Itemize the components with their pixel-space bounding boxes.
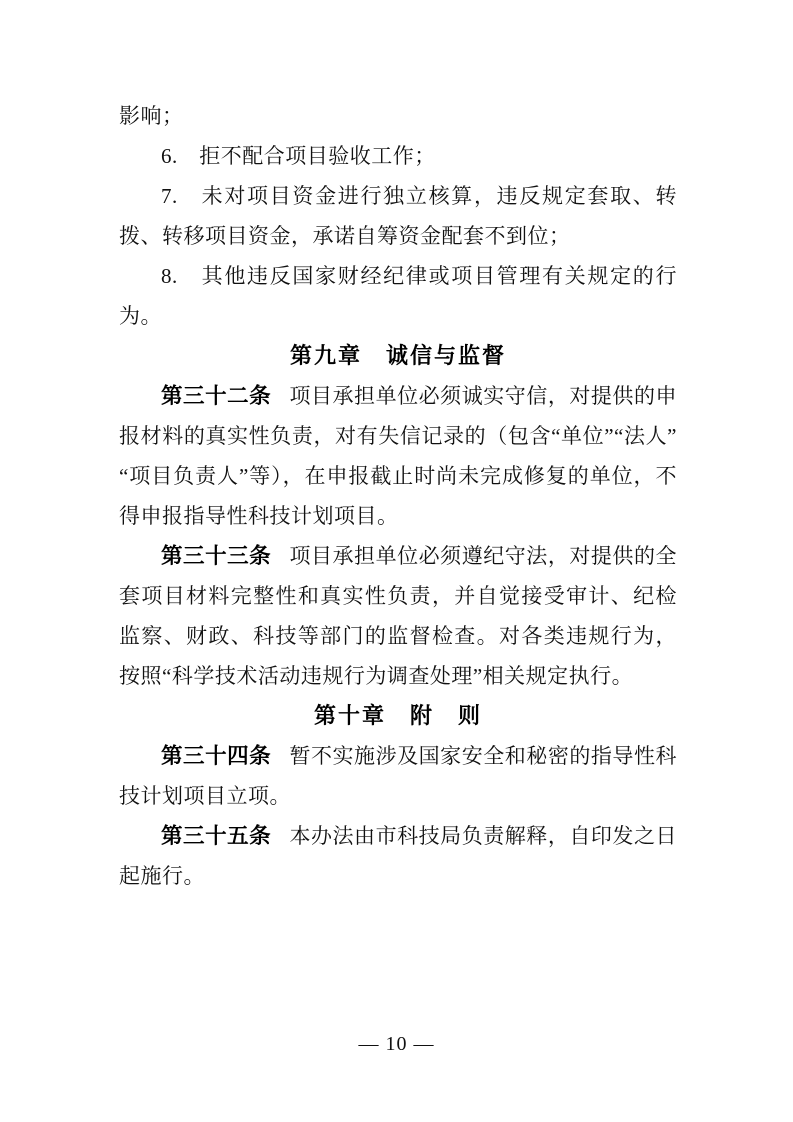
article-34-paragraph: 第三十四条暂不实施涉及国家安全和秘密的指导性科技计划项目立项。	[119, 736, 677, 816]
article-34-number: 第三十四条	[161, 744, 271, 768]
document-page: 影响； 6. 拒不配合项目验收工作； 7. 未对项目资金进行独立核算，违反规定套…	[0, 0, 793, 1122]
article-35-number: 第三十五条	[161, 824, 271, 848]
list-item-8: 8. 其他违反国家财经纪律或项目管理有关规定的行为。	[119, 256, 677, 336]
article-33-paragraph: 第三十三条项目承担单位必须遵纪守法，对提供的全套项目材料完整性和真实性负责，并自…	[119, 536, 677, 696]
chapter-10-heading: 第十章 附 则	[119, 696, 677, 736]
document-body: 影响； 6. 拒不配合项目验收工作； 7. 未对项目资金进行独立核算，违反规定套…	[119, 96, 677, 896]
chapter-9-heading: 第九章 诚信与监督	[119, 336, 677, 376]
article-32-number: 第三十二条	[161, 384, 271, 408]
page-number: — 10 —	[359, 1033, 435, 1055]
paragraph-continuation: 影响；	[119, 96, 677, 136]
article-32-paragraph: 第三十二条项目承担单位必须诚实守信，对提供的申报材料的真实性负责，对有失信记录的…	[119, 376, 677, 536]
article-33-number: 第三十三条	[161, 544, 271, 568]
page-footer: — 10 —	[0, 1030, 793, 1058]
list-item-6: 6. 拒不配合项目验收工作；	[119, 136, 677, 176]
list-item-7: 7. 未对项目资金进行独立核算，违反规定套取、转拨、转移项目资金，承诺自筹资金配…	[119, 176, 677, 256]
article-35-paragraph: 第三十五条本办法由市科技局负责解释，自印发之日起施行。	[119, 816, 677, 896]
